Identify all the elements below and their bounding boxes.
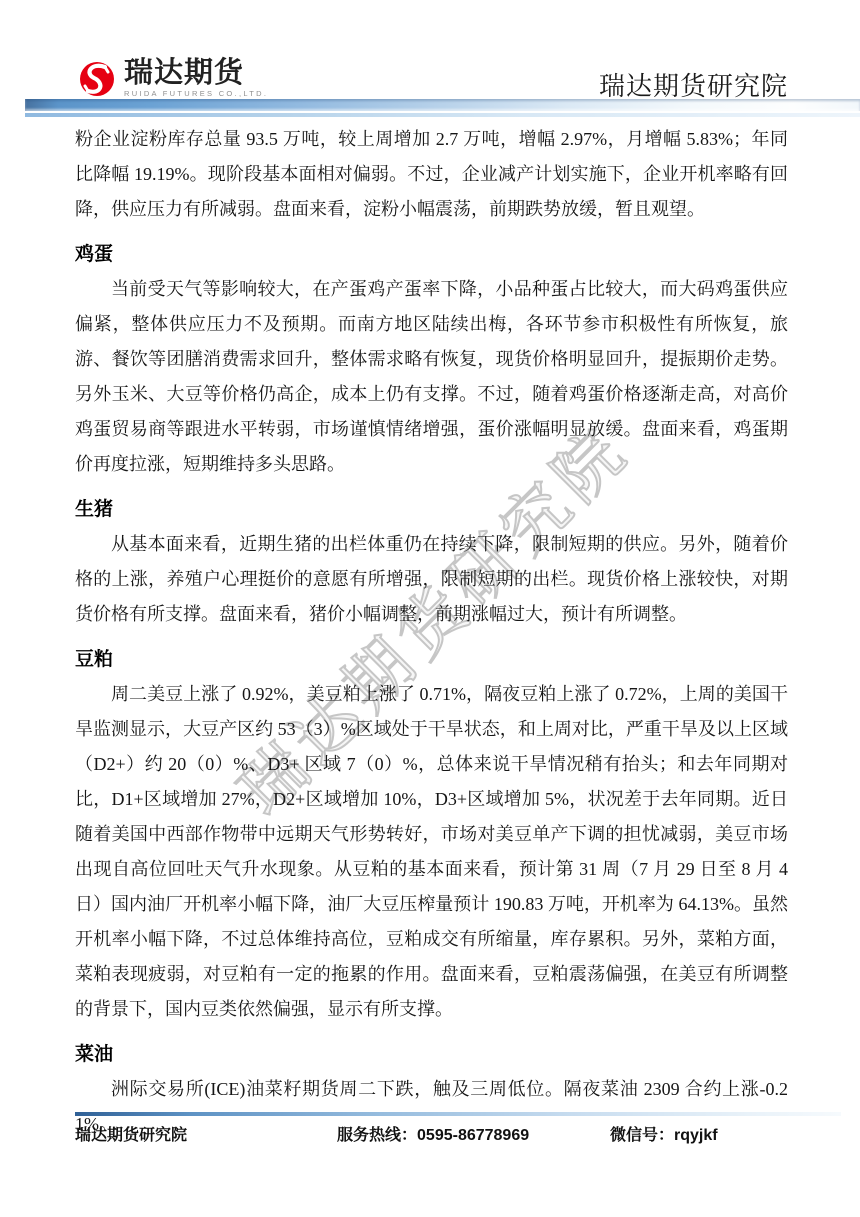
company-logo: 瑞达期货 RUIDA FUTURES CO.,LTD. [78,58,268,100]
section-heading: 鸡蛋 [75,237,788,272]
logo-brand-subtitle: RUIDA FUTURES CO.,LTD. [124,89,268,98]
paragraph: 粉企业淀粉库存总量 93.5 万吨，较上周增加 2.7 万吨，增幅 2.97%，… [75,122,788,227]
section-heading: 生猪 [75,492,788,527]
section-heading: 菜油 [75,1037,788,1072]
logo-text: 瑞达期货 RUIDA FUTURES CO.,LTD. [124,58,268,98]
section-heading: 豆粕 [75,642,788,677]
logo-brand-name: 瑞达期货 [124,58,268,88]
report-body: 粉企业淀粉库存总量 93.5 万吨，较上周增加 2.7 万吨，增幅 2.97%，… [75,122,788,1142]
header-institute-title: 瑞达期货研究院 [599,66,788,103]
header-divider-bar [25,99,860,111]
paragraph: 当前受天气等影响较大，在产蛋鸡产蛋率下降，小品种蛋占比较大，而大码鸡蛋供应偏紧，… [75,272,788,482]
paragraph: 周二美豆上涨了 0.92%，美豆粕上涨了 0.71%，隔夜豆粕上涨了 0.72%… [75,677,788,1027]
header-divider-line [25,113,860,117]
paragraph: 洲际交易所(ICE)油菜籽期货周二下跌，触及三周低位。隔夜菜油 2309 合约上… [75,1072,788,1142]
paragraph: 从基本面来看，近期生猪的出栏体重仍在持续下降，限制短期的供应。另外，随着价格的上… [75,527,788,632]
ruida-logo-icon [78,58,118,100]
document-page: 瑞达期货 RUIDA FUTURES CO.,LTD. 瑞达期货研究院 瑞达期货… [0,0,860,1217]
